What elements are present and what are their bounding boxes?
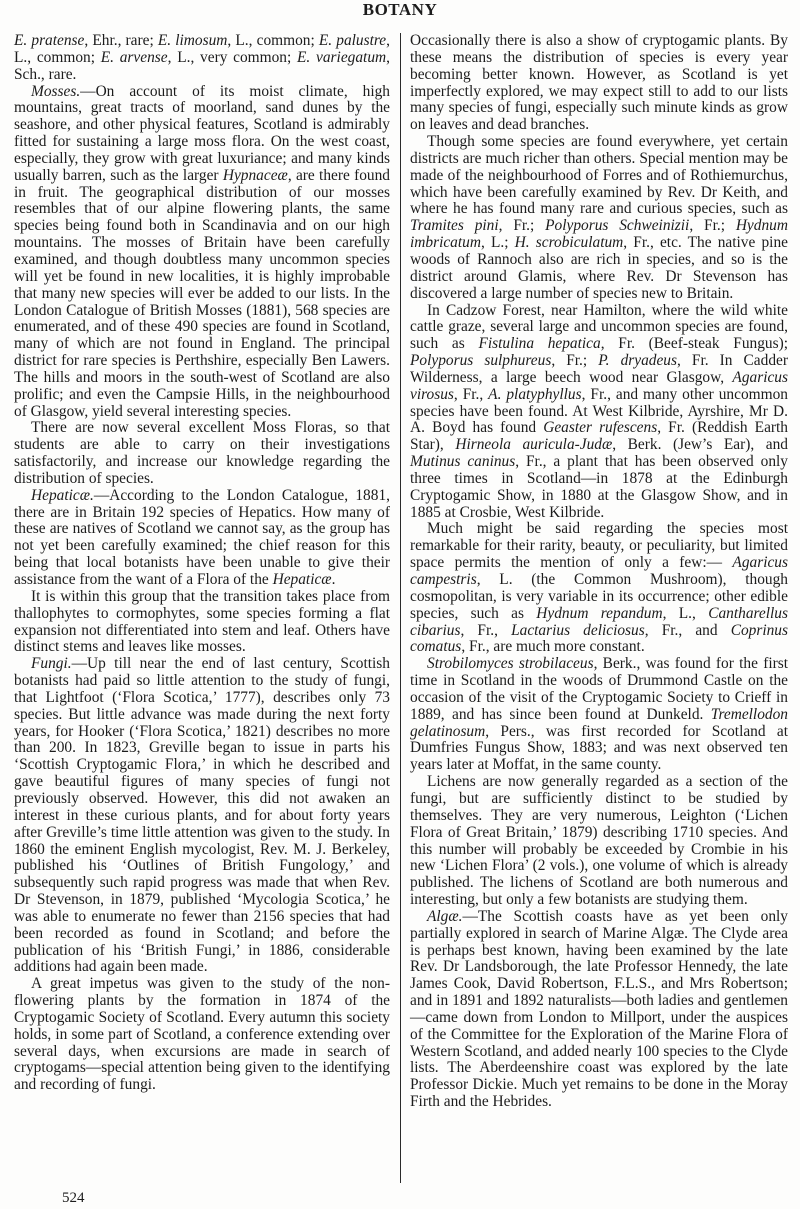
italic-term: Fistulina hepatica (478, 335, 600, 352)
paragraph: Mosses.—On account of its moist climate,… (14, 84, 390, 421)
running-head: BOTANY (0, 0, 800, 20)
paragraph: A great impetus was given to the study o… (14, 976, 390, 1094)
italic-term: Hydnum repandum (536, 605, 662, 622)
paragraph: Strobilomyces strobilaceus, Berk., was f… (410, 656, 788, 774)
italic-term: A. platyphyllus (488, 386, 581, 403)
paragraph: In Cadzow Forest, near Hamilton, where t… (410, 303, 788, 522)
continued-paragraph: E. pratense, Ehr., rare; E. limosum, L.,… (14, 33, 390, 84)
paragraph: Hepaticæ.—According to the London Catalo… (14, 488, 390, 589)
italic-term: Tremellodon gelatinosum (410, 706, 788, 740)
italic-term: E. arvense (101, 49, 168, 66)
paragraph: Though some species are found everywhere… (410, 134, 788, 302)
italic-term: Mosses. (31, 83, 80, 100)
paragraph: There are now several excellent Moss Flo… (14, 420, 390, 487)
paragraph: It is within this group that the transit… (14, 589, 390, 656)
paragraph: Lichens are now generally regarded as a … (410, 774, 788, 909)
right-column: Occasionally there is also a show of cry… (410, 33, 788, 1111)
italic-term: E. limosum (158, 32, 228, 49)
paragraph: Fungi.—Up till near the end of last cent… (14, 656, 390, 976)
italic-term: Agaricus virosus (410, 369, 788, 403)
left-column: E. pratense, Ehr., rare; E. limosum, L.,… (14, 33, 390, 1094)
italic-term: Tramites pini (410, 217, 499, 234)
italic-term: Strobilomyces strobilaceus (427, 655, 594, 672)
page-number: 524 (62, 1190, 85, 1207)
book-page: BOTANY E. pratense, Ehr., rare; E. limos… (0, 0, 800, 1209)
italic-term: Polyporus Schweinizii (545, 217, 689, 234)
italic-term: Agaricus campestris (410, 554, 788, 588)
italic-term: H. scrobiculatum (515, 234, 624, 251)
italic-term: Fungi. (31, 655, 72, 672)
italic-term: Lactarius deliciosus (511, 622, 645, 639)
italic-term: Polyporus sulphureus (410, 352, 551, 369)
italic-term: Hirneola auricula-Judæ (455, 436, 612, 453)
italic-term: Hepaticæ (273, 571, 332, 588)
italic-term: P. dryadeus (598, 352, 677, 369)
italic-term: E. palustre (319, 32, 386, 49)
italic-term: Hepaticæ. (31, 487, 94, 504)
continued-paragraph: Occasionally there is also a show of cry… (410, 33, 788, 134)
italic-term: Algæ. (427, 908, 463, 925)
paragraph: Algæ.—The Scottish coasts have as yet be… (410, 909, 788, 1111)
column-rule (400, 33, 401, 1183)
italic-term: E. variegatum (297, 49, 386, 66)
italic-term: Hypnaceæ (223, 167, 288, 184)
italic-term: Geaster rufescens (543, 419, 657, 436)
italic-term: E. pratense (14, 32, 84, 49)
italic-term: Mutinus caninus (410, 453, 515, 470)
paragraph: Much might be said regarding the species… (410, 521, 788, 656)
